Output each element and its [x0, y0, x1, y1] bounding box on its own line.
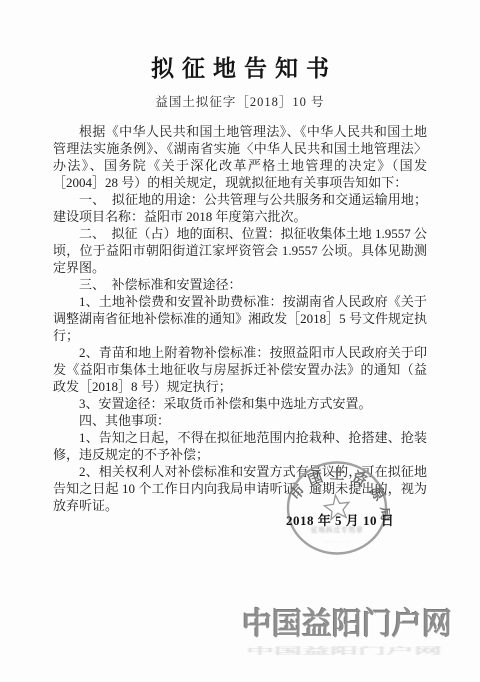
- paragraph-item-3-sub-2: 2、青苗和地上附着物补偿标准：按照益阳市人民政府关于印发《益阳市集体土地征收与房…: [53, 344, 427, 395]
- official-seal-graphic: 市国土资源局 征地拆迁专用章 · · · · · · · · · ·: [284, 459, 390, 557]
- official-seal: 市国土资源局 征地拆迁专用章 · · · · · · · · · ·: [284, 459, 390, 557]
- watermark-ghost: 中国益阳门户网: [246, 644, 442, 657]
- paragraph-item-3-sub-1: 1、土地补偿费和安置补助费标准：按湖南省人民政府《关于调整湖南省征地补偿标准的通…: [53, 293, 427, 344]
- paragraph-item-4: 四、其他事项：: [53, 412, 427, 429]
- paragraph-item-1: 一、 拟征地的用途：公共管理与公共服务和交通运输用地；建设项目名称：益阳市 20…: [53, 191, 427, 225]
- document-body: 根据《中华人民共和国土地管理法》、《中华人民共和国土地管理法实施条例》、《湖南省…: [53, 123, 427, 514]
- watermark-text: 中国益阳门户网: [242, 599, 452, 643]
- paragraph-item-3: 三、 补偿标准和安置途径：: [53, 276, 427, 293]
- scanned-document-page: 拟征地告知书 益国土拟征字［2018］10 号 根据《中华人民共和国土地管理法》…: [0, 0, 480, 682]
- paragraph-item-4-sub-1: 1、告知之日起，不得在拟征地范围内抢栽种、抢搭建、抢装修，违反规定的不予补偿；: [53, 429, 427, 463]
- paragraph-item-3-sub-3: 3、安置途径：采取货币补偿和集中选址方式安置。: [53, 395, 427, 412]
- document-number: 益国土拟征字［2018］10 号: [0, 92, 480, 110]
- paragraph-intro: 根据《中华人民共和国土地管理法》、《中华人民共和国土地管理法实施条例》、《湖南省…: [53, 123, 427, 191]
- paragraph-item-2: 二、 拟征（占）地的面积、位置：拟征收集体土地 1.9557 公顷，位于益阳市朝…: [53, 225, 427, 276]
- seal-date: 2018 年 5 月 10 日: [286, 510, 394, 529]
- document-title: 拟征地告知书: [0, 0, 480, 83]
- seal-bottom-dots: · · · · · · · · · ·: [324, 539, 350, 544]
